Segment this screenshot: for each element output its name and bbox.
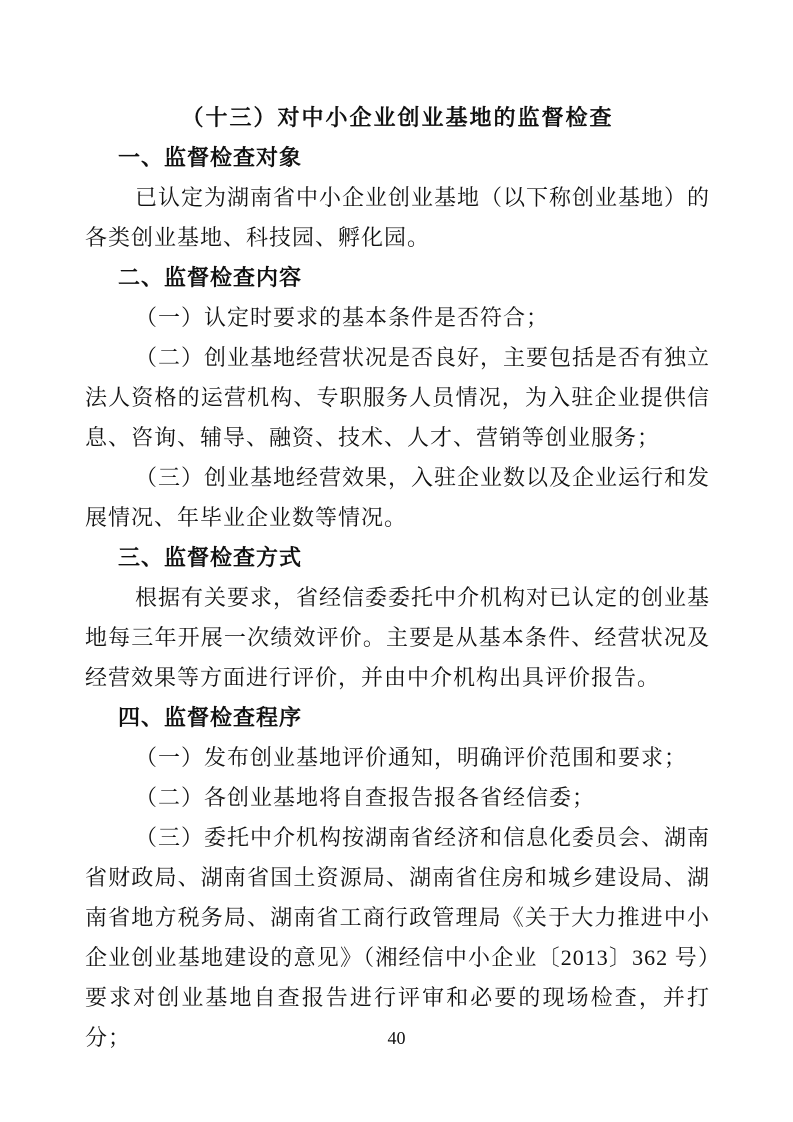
paragraph: （一）发布创业基地评价通知，明确评价范围和要求； <box>85 738 710 778</box>
document-page: （十三）对中小企业创业基地的监督检查 一、监督检查对象 已认定为湖南省中小企业创… <box>0 0 793 1122</box>
section-heading-4: 四、监督检查程序 <box>85 698 710 738</box>
section-heading-3: 三、监督检查方式 <box>85 538 710 578</box>
paragraph: （三）创业基地经营效果，入驻企业数以及企业运行和发展情况、年毕业企业数等情况。 <box>85 458 710 538</box>
section-heading-1: 一、监督检查对象 <box>85 138 710 178</box>
paragraph: （二）各创业基地将自查报告报各省经信委； <box>85 778 710 818</box>
page-title: （十三）对中小企业创业基地的监督检查 <box>85 98 710 138</box>
section-heading-2: 二、监督检查内容 <box>85 258 710 298</box>
paragraph: （三）委托中介机构按湖南省经济和信息化委员会、湖南省财政局、湖南省国土资源局、湖… <box>85 818 710 1058</box>
paragraph: （一）认定时要求的基本条件是否符合； <box>85 298 710 338</box>
page-number: 40 <box>0 1026 793 1050</box>
paragraph: （二）创业基地经营状况是否良好，主要包括是否有独立法人资格的运营机构、专职服务人… <box>85 338 710 458</box>
paragraph: 根据有关要求，省经信委委托中介机构对已认定的创业基地每三年开展一次绩效评价。主要… <box>85 578 710 698</box>
paragraph: 已认定为湖南省中小企业创业基地（以下称创业基地）的各类创业基地、科技园、孵化园。 <box>85 178 710 258</box>
